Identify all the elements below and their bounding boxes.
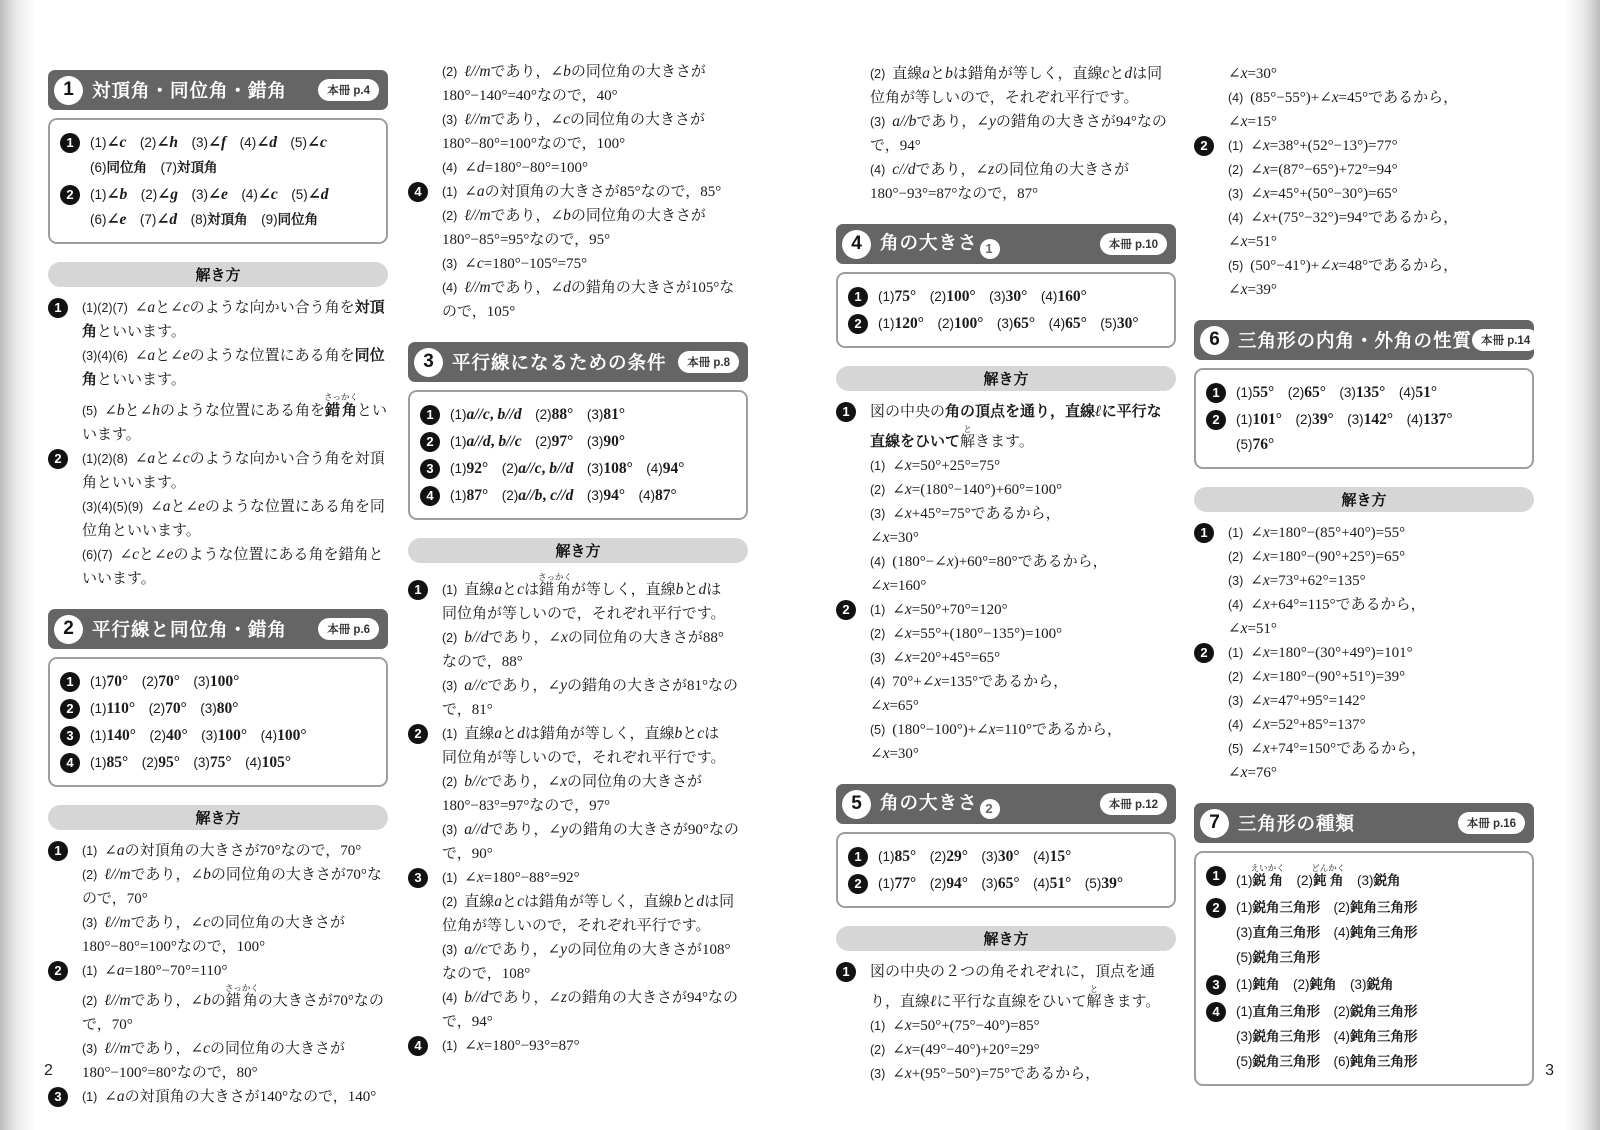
answer-text: (1)140° (2)40° (3)100° (4)100° bbox=[90, 723, 307, 748]
answer-value: 100° bbox=[210, 673, 239, 690]
section-title: 三角形の内角・外角の性質 bbox=[1238, 327, 1472, 353]
part-number: (3) bbox=[870, 651, 885, 665]
problem-number-circle: 3 bbox=[60, 726, 80, 746]
title-number-badge: 2 bbox=[980, 799, 1000, 819]
solution-text: ∠x=50°+(75°−40°)=85° bbox=[892, 1018, 1039, 1034]
answer-value: 88° bbox=[552, 406, 574, 423]
math-variable: c bbox=[697, 725, 704, 742]
math-variable: z bbox=[561, 989, 567, 1006]
answer-value: 110° bbox=[107, 700, 136, 717]
solving-method-label: 解き方 bbox=[408, 538, 748, 563]
solution-item: (3)a//cであり，∠yの同位角の大きさが108° なので，108° bbox=[408, 938, 748, 986]
answer-value: 87° bbox=[467, 487, 489, 504]
marker-slot: 1 bbox=[1194, 521, 1228, 545]
math-variable: b//c bbox=[464, 773, 487, 790]
solution-item: 1(1)直線aとcは錯角さっかくが等しく，直線bとdは 同位角が等しいので，それ… bbox=[408, 572, 748, 626]
marker-slot: 2 bbox=[48, 959, 82, 983]
part-number: (1) bbox=[442, 185, 457, 199]
answer-value: 97° bbox=[552, 433, 574, 450]
solving-method-label: 解き方 bbox=[1194, 487, 1534, 512]
answer-box: 1(1)75° (2)100° (3)30° (4)160°2(1)120° (… bbox=[836, 272, 1176, 348]
solution-text: a//bであり，∠yの錯角の大きさが94°なので，94° bbox=[870, 114, 1167, 154]
answer-value: 137° bbox=[1423, 411, 1452, 428]
problem-number-circle: 2 bbox=[1194, 136, 1214, 156]
solution-item: 2(1)∠x=180°−(30°+49°)=101° bbox=[1194, 641, 1534, 665]
emphasis-text: 鋭角三角形 bbox=[1350, 1004, 1418, 1019]
solution-item: 1図の中央の２つの角それぞれに，頂点を通り，直線ℓに平行な直線をひいて解ときます… bbox=[836, 960, 1176, 1014]
page-number-left: 2 bbox=[44, 1062, 53, 1080]
answer-value: a//c, b//d bbox=[467, 406, 522, 423]
solution-text: ∠x=(87°−65°)+72°=94° bbox=[1250, 162, 1397, 178]
part-number: (3) bbox=[442, 943, 457, 957]
answer-text: (1)77° (2)94° (3)65° (4)51° (5)39° bbox=[878, 871, 1123, 896]
answer-row: 2(1)110° (2)70° (3)80° bbox=[60, 696, 378, 721]
solution-text: 直線aとcは錯角が等しく，直線bとdは同 位角が等しいので，それぞれ平行です。 bbox=[442, 894, 734, 934]
math-variable: a bbox=[147, 299, 155, 316]
section-header: 1対頂角・同位角・錯角本冊 p.4 bbox=[48, 70, 388, 110]
solution-item: (2)直線aとcは錯角が等しく，直線bとdは同 位角が等しいので，それぞれ平行で… bbox=[408, 890, 748, 938]
solution-text: 70°+∠x=135°であるから， ∠x=65° bbox=[870, 674, 1068, 714]
solution-item: (5)∠x+74°=150°であるから， ∠x=76° bbox=[1194, 737, 1534, 785]
answer-value: 105° bbox=[262, 754, 291, 771]
problem-number-circle: 1 bbox=[48, 841, 68, 861]
problem-number-circle: 2 bbox=[48, 961, 68, 981]
solution-text: ∠x=(49°−40°)+20°=29° bbox=[892, 1042, 1039, 1058]
emphasis-text: 鋭角三角形 bbox=[1253, 1029, 1321, 1044]
math-variable: x bbox=[905, 457, 912, 474]
solution-text: ∠x=180°−(90°+51°)=39° bbox=[1250, 669, 1405, 685]
marker-slot: 2 bbox=[836, 598, 870, 622]
section-number-circle: 1 bbox=[54, 76, 83, 105]
answer-value: 95° bbox=[158, 754, 180, 771]
answer-value: 39° bbox=[1312, 411, 1334, 428]
math-variable: x bbox=[477, 1037, 484, 1054]
problem-number-circle: 1 bbox=[836, 962, 856, 982]
math-variable: d bbox=[477, 159, 485, 176]
page-edge-left bbox=[0, 0, 36, 1130]
problem-number-circle: 1 bbox=[1206, 383, 1226, 403]
solution-text: ℓ//mであり，∠bの同位角の大きさが 180°−85°=95°なので，95° bbox=[442, 208, 706, 248]
solution-text: 図の中央の角の頂点を通り，直線ℓに平行な直線をひいて解ときます。 bbox=[870, 404, 1162, 450]
emphasis-text: 鋭角三角形 bbox=[1253, 1054, 1321, 1069]
part-number: (5) bbox=[82, 404, 97, 418]
answer-row: 3(1)鈍角 (2)鈍角 (3)鋭角 bbox=[1206, 972, 1524, 997]
part-number: (1) bbox=[1228, 526, 1243, 540]
solution-item: (3)ℓ//mであり，∠cの同位角の大きさが 180°−80°=100°なので，… bbox=[48, 911, 388, 959]
math-variable: ℓ//m bbox=[104, 1040, 130, 1057]
part-number: (1) bbox=[870, 603, 885, 617]
answer-text: (1)92° (2)a//c, b//d (3)108° (4)94° bbox=[450, 456, 684, 481]
section-title: 対頂角・同位角・錯角 bbox=[92, 77, 318, 103]
answer-box: 1(1)70° (2)70° (3)100°2(1)110° (2)70° (3… bbox=[48, 657, 388, 787]
problem-number-circle: 4 bbox=[408, 182, 428, 202]
answer-box: 1(1)∠c (2)∠h (3)∠f (4)∠d (5)∠c (6)同位角 (7… bbox=[48, 118, 388, 244]
part-number: (2) bbox=[442, 775, 457, 789]
solution-item: (2)ℓ//mであり，∠bの同位角の大きさが 180°−85°=95°なので，9… bbox=[408, 204, 748, 252]
solution-text: ∠x=50°+70°=120° bbox=[892, 602, 1007, 618]
part-number: (1) bbox=[82, 964, 97, 978]
math-variable: x bbox=[560, 773, 567, 790]
solution-item: (5)∠bと∠hのような位置にある角を錯角さっかくといいます。 bbox=[48, 392, 388, 447]
emphasis-text: 鈍角 bbox=[1253, 977, 1280, 992]
math-variable: x bbox=[561, 629, 568, 646]
part-number: (5) bbox=[1228, 259, 1243, 273]
solution-text: b//cであり，∠xの同位角の大きさが 180°−83°=97°なので，97° bbox=[442, 774, 702, 814]
part-number: (5) bbox=[870, 723, 885, 737]
answer-value: 65° bbox=[1304, 384, 1326, 401]
solution-text: ∠a=180°−70°=110° bbox=[104, 963, 227, 979]
answer-value: 65° bbox=[998, 875, 1020, 892]
column-2: (2)ℓ//mであり，∠bの同位角の大きさが 180°−140°=40°なので，… bbox=[408, 60, 748, 1058]
solution-text: a//cであり，∠yの同位角の大きさが108° なので，108° bbox=[442, 942, 731, 982]
marker-slot: 2 bbox=[408, 722, 442, 746]
solution-text: a//cであり，∠yの錯角の大きさが81°なので，81° bbox=[442, 678, 738, 718]
answer-box: 1(1)85° (2)29° (3)30° (4)15°2(1)77° (2)9… bbox=[836, 832, 1176, 908]
solution-item: (4)c//dであり，∠zの同位角の大きさが 180°−93°=87°なので，8… bbox=[836, 158, 1176, 206]
solution-text: ℓ//mであり，∠cの同位角の大きさが 180°−100°=80°なので，80° bbox=[82, 1041, 345, 1081]
ruby-annotated-word: 解と bbox=[960, 434, 975, 450]
math-variable: x bbox=[905, 481, 912, 498]
math-variable: d bbox=[321, 186, 329, 203]
problem-number-circle: 1 bbox=[420, 405, 440, 425]
solving-method-label: 解き方 bbox=[48, 262, 388, 287]
solution-item: (3)ℓ//mであり，∠cの同位角の大きさが 180°−80°=100°なので，… bbox=[408, 108, 748, 156]
section-header: 2平行線と同位角・錯角本冊 p.6 bbox=[48, 609, 388, 649]
answer-text: (1)70° (2)70° (3)100° bbox=[90, 669, 239, 694]
part-number: (3) bbox=[82, 916, 97, 930]
math-variable: x bbox=[1241, 113, 1248, 130]
math-variable: x bbox=[947, 553, 954, 570]
solution-item: 1(1)∠x=180°−(85°+40°)=55° bbox=[1194, 521, 1534, 545]
answer-value: ∠b bbox=[107, 186, 128, 203]
answer-text: (1)55° (2)65° (3)135° (4)51° bbox=[1236, 380, 1437, 405]
part-number: (3) bbox=[442, 113, 457, 127]
answer-value: ∠c bbox=[307, 134, 327, 151]
part-number: (4) bbox=[870, 163, 885, 177]
answer-value: ∠d bbox=[308, 186, 329, 203]
marker-slot: 1 bbox=[408, 578, 442, 602]
part-number: (3) bbox=[1228, 694, 1243, 708]
answer-value: a//b, c//d bbox=[518, 487, 573, 504]
solution-text: ℓ//mであり，∠dの錯角の大きさが105°なので，105° bbox=[442, 280, 734, 320]
part-number: (2) bbox=[870, 483, 885, 497]
math-variable: ℓ//m bbox=[104, 914, 130, 931]
answer-row: 1(1)70° (2)70° (3)100° bbox=[60, 669, 378, 694]
answer-value: ∠e bbox=[208, 186, 228, 203]
math-variable: a bbox=[163, 498, 171, 515]
emphasis-text: 同位角 bbox=[107, 160, 148, 175]
solution-text: ∠x=180°−(30°+49°)=101° bbox=[1250, 645, 1412, 661]
math-variable: d bbox=[698, 581, 706, 598]
answer-text: (1)a//c, b//d (2)88° (3)81° bbox=[450, 402, 625, 427]
math-variable: x bbox=[1263, 596, 1270, 613]
math-variable: y bbox=[560, 941, 567, 958]
part-number: (2) bbox=[1228, 163, 1243, 177]
solution-list: (2)直線aとbは錯角が等しく，直線cとdは同 位角が等しいので，それぞれ平行で… bbox=[836, 62, 1176, 206]
math-variable: x bbox=[883, 577, 890, 594]
problem-number-circle: 2 bbox=[1194, 643, 1214, 663]
problem-number-circle: 2 bbox=[848, 874, 868, 894]
book-reference-badge: 本冊 p.10 bbox=[1100, 233, 1167, 255]
solution-text: ∠x=45°+(50°−30°)=65° bbox=[1250, 186, 1397, 202]
math-variable: x bbox=[1241, 620, 1248, 637]
answer-value: 135° bbox=[1356, 384, 1385, 401]
solution-item: (3)a//bであり，∠yの錯角の大きさが94°なので，94° bbox=[836, 110, 1176, 158]
problem-number-circle: 1 bbox=[848, 847, 868, 867]
math-variable: ℓ//m bbox=[464, 63, 490, 80]
solution-text: ∠x+74°=150°であるから， ∠x=76° bbox=[1228, 741, 1426, 781]
solution-text: ∠x+(95°−50°)=75°であるから， bbox=[892, 1066, 1100, 1082]
part-number: (4) bbox=[1228, 718, 1243, 732]
math-variable: x bbox=[1263, 740, 1270, 757]
math-variable: x bbox=[1263, 137, 1270, 154]
solution-text: (50°−41°)+∠x=48°であるから， ∠x=39° bbox=[1228, 258, 1458, 298]
problem-number-circle: 3 bbox=[48, 1087, 68, 1107]
math-variable: x bbox=[1241, 65, 1248, 82]
math-variable: d bbox=[517, 725, 525, 742]
answer-row: 3(1)140° (2)40° (3)100° (4)100° bbox=[60, 723, 378, 748]
math-variable: x bbox=[883, 529, 890, 546]
solution-text: ∠x=47°+95°=142° bbox=[1250, 693, 1365, 709]
emphasis-text: 鈍角どんかく bbox=[1313, 873, 1344, 888]
solution-text: ∠x+64°=115°であるから， ∠x=51° bbox=[1228, 597, 1426, 637]
problem-number-circle: 1 bbox=[60, 133, 80, 153]
answer-row: 1(1)85° (2)29° (3)30° (4)15° bbox=[848, 844, 1166, 869]
math-variable: ℓ//m bbox=[464, 111, 490, 128]
part-number: (2) bbox=[442, 631, 457, 645]
solution-list: 1(1)∠x=180°−(85°+40°)=55°(2)∠x=180°−(90°… bbox=[1194, 521, 1534, 785]
title-number-badge: 1 bbox=[980, 239, 1000, 259]
answer-value: 70° bbox=[165, 700, 187, 717]
math-variable: ℓ//m bbox=[104, 992, 130, 1009]
answer-value: 100° bbox=[946, 288, 975, 305]
emphasis-text: 直角三角形 bbox=[1253, 925, 1321, 940]
part-number: (3) bbox=[82, 1042, 97, 1056]
section-title: 角の大きさ2 bbox=[880, 789, 1100, 819]
solution-item: (4)∠x+(75°−32°)=94°であるから， ∠x=51° bbox=[1194, 206, 1534, 254]
math-variable: x bbox=[883, 697, 890, 714]
part-number: (4) bbox=[442, 161, 457, 175]
emphasis-text: 角の頂点を通り，直線ℓに平行な直線をひいて bbox=[870, 403, 1162, 450]
answer-value: ∠g bbox=[157, 186, 178, 203]
solution-item: (4)ℓ//mであり，∠dの錯角の大きさが105°なので，105° bbox=[408, 276, 748, 324]
answer-row: 4(1)85° (2)95° (3)75° (4)105° bbox=[60, 750, 378, 775]
part-number: (2) bbox=[1228, 550, 1243, 564]
problem-number-circle: 2 bbox=[848, 314, 868, 334]
solution-list: ∠x=30°(4)(85°−55°)+∠x=45°であるから， ∠x=15°2(… bbox=[1194, 62, 1534, 302]
solution-item: 2(1)∠x=38°+(52°−13°)=77° bbox=[1194, 134, 1534, 158]
answer-value: 92° bbox=[467, 460, 489, 477]
ruby-annotated-word: 解と bbox=[1087, 994, 1102, 1010]
column-1: 1対頂角・同位角・錯角本冊 p.41(1)∠c (2)∠h (3)∠f (4)∠… bbox=[48, 70, 388, 1109]
solution-item: (3)∠x=73°+62°=135° bbox=[1194, 569, 1534, 593]
solution-text: ∠x=180°−(90°+25°)=65° bbox=[1250, 549, 1405, 565]
math-variable: a bbox=[147, 450, 155, 467]
math-variable: a//d bbox=[467, 433, 491, 450]
answer-value: 15° bbox=[1050, 848, 1072, 865]
math-variable: a bbox=[922, 65, 930, 82]
math-variable: c bbox=[477, 255, 484, 272]
solution-list: (2)ℓ//mであり，∠bの同位角の大きさが 180°−140°=40°なので，… bbox=[408, 60, 748, 324]
answer-value: 76° bbox=[1253, 436, 1275, 453]
solution-item: (2)∠x=(180°−140°)+60°=100° bbox=[836, 478, 1176, 502]
solution-text: ∠x+45°=75°であるから， ∠x=30° bbox=[870, 506, 1061, 546]
book-reference-badge: 本冊 p.4 bbox=[318, 79, 379, 101]
emphasis-text: 鈍角三角形 bbox=[1350, 925, 1418, 940]
part-number: (3) bbox=[870, 115, 885, 129]
ruby-annotated-word: 鋭角えいかく bbox=[1253, 873, 1284, 888]
part-number: (5) bbox=[1228, 742, 1243, 756]
solution-item: 4(1)∠aの対頂角の大きさが85°なので，85° bbox=[408, 180, 748, 204]
math-variable: a//b bbox=[892, 113, 916, 130]
answer-row: 3(1)92° (2)a//c, b//d (3)108° (4)94° bbox=[420, 456, 738, 481]
solution-item: ∠x=30° bbox=[1194, 62, 1534, 86]
solution-item: (2)ℓ//mであり，∠bの同位角の大きさが 180°−140°=40°なので，… bbox=[408, 60, 748, 108]
part-number: (1) bbox=[442, 871, 457, 885]
emphasis-text: 鈍角 bbox=[1310, 977, 1337, 992]
emphasis-text: 鋭角 bbox=[1374, 873, 1401, 888]
math-variable: b bbox=[676, 581, 684, 598]
solution-item: (3)(4)(5)(9)∠aと∠eのような位置にある角を同位角といいます。 bbox=[48, 495, 388, 543]
column-4: ∠x=30°(4)(85°−55°)+∠x=45°であるから， ∠x=15°2(… bbox=[1194, 62, 1534, 1086]
answer-value: 51° bbox=[1415, 384, 1437, 401]
solution-text: 直線aとdは錯角が等しく，直線bとcは 同位角が等しいので，それぞれ平行です。 bbox=[442, 726, 726, 766]
answer-text: (1)75° (2)100° (3)30° (4)160° bbox=[878, 284, 1087, 309]
answer-box: 1(1)鋭角えいかく (2)鈍角どんかく (3)鋭角2(1)鋭角三角形 (2)鈍… bbox=[1194, 851, 1534, 1086]
answer-row: 1(1)75° (2)100° (3)30° (4)160° bbox=[848, 284, 1166, 309]
solution-item: (1)∠x=50°+25°=75° bbox=[836, 454, 1176, 478]
part-number: (4) bbox=[870, 555, 885, 569]
math-variable: x bbox=[905, 625, 912, 642]
solution-item: (2)∠x=(87°−65°)+72°=94° bbox=[1194, 158, 1534, 182]
problem-number-circle: 2 bbox=[1206, 898, 1226, 918]
book-reference-badge: 本冊 p.14 bbox=[1472, 329, 1539, 351]
answer-value: 90° bbox=[603, 433, 625, 450]
solution-text: ∠x=180°−93°=87° bbox=[464, 1038, 579, 1054]
answer-value: 85° bbox=[107, 754, 129, 771]
solution-item: (2)∠x=180°−(90°+25°)=65° bbox=[1194, 545, 1534, 569]
math-variable: x bbox=[905, 505, 912, 522]
marker-slot: 1 bbox=[48, 839, 82, 863]
problem-number-circle: 3 bbox=[1206, 975, 1226, 995]
math-variable: x bbox=[905, 1041, 912, 1058]
part-number: (3) bbox=[442, 257, 457, 271]
solution-item: (4)∠x+64°=115°であるから， ∠x=51° bbox=[1194, 593, 1534, 641]
emphasis-text: 鈍角三角形 bbox=[1350, 1029, 1418, 1044]
part-number: (4) bbox=[442, 281, 457, 295]
emphasis-text: 鋭角三角形 bbox=[1253, 900, 1321, 915]
solution-text: ∠x=180°−(85°+40°)=55° bbox=[1250, 525, 1405, 541]
solution-item: 1(1)∠aの対頂角の大きさが70°なので，70° bbox=[48, 839, 388, 863]
math-variable: z bbox=[988, 161, 994, 178]
math-variable: b bbox=[674, 893, 682, 910]
problem-number-circle: 2 bbox=[420, 432, 440, 452]
marker-slot: 2 bbox=[48, 447, 82, 471]
math-variable: e bbox=[167, 546, 174, 563]
answer-text: (1)∠b (2)∠g (3)∠e (4)∠c (5)∠d (6)∠e (7)∠… bbox=[90, 182, 329, 232]
solution-item: (3)(4)(6)∠aと∠eのような位置にある角を同位角といいます。 bbox=[48, 344, 388, 392]
solving-method-label: 解き方 bbox=[48, 805, 388, 830]
emphasis-text: 直角三角形 bbox=[1253, 1004, 1321, 1019]
math-variable: ℓ//m bbox=[104, 866, 130, 883]
solution-text: ℓ//mであり，∠bの同位角の大きさが 180°−140°=40°なので，40° bbox=[442, 64, 706, 104]
answer-value: a//d, b//c bbox=[467, 433, 522, 450]
solution-text: 直線aとbは錯角が等しく，直線cとdは同 位角が等しいので，それぞれ平行です。 bbox=[870, 66, 1162, 106]
answer-text: (1)鈍角 (2)鈍角 (3)鋭角 bbox=[1236, 972, 1394, 997]
solution-text: ∠x=52°+85°=137° bbox=[1250, 717, 1365, 733]
math-variable: a bbox=[117, 962, 125, 979]
part-number: (4) bbox=[1228, 91, 1243, 105]
section-number-circle: 5 bbox=[842, 790, 871, 819]
answer-value: a//c, b//d bbox=[518, 460, 573, 477]
math-variable: x bbox=[477, 869, 484, 886]
answer-text: (1)120° (2)100° (3)65° (4)65° (5)30° bbox=[878, 311, 1139, 336]
solution-text: ∠aの対頂角の大きさが70°なので，70° bbox=[104, 843, 361, 859]
solution-text: c//dであり，∠zの同位角の大きさが 180°−93°=87°なので，87° bbox=[870, 162, 1129, 202]
emphasis-text: 錯角さっかく bbox=[325, 402, 357, 419]
answer-value: 30° bbox=[1006, 288, 1028, 305]
answer-value: 142° bbox=[1364, 411, 1393, 428]
answer-row: 1(1)∠c (2)∠h (3)∠f (4)∠d (5)∠c (6)同位角 (7… bbox=[60, 130, 378, 180]
math-variable: x bbox=[905, 601, 912, 618]
marker-slot: 1 bbox=[836, 960, 870, 984]
solution-text: ∠cと∠eのような位置にある角を錯角といいます。 bbox=[82, 547, 384, 587]
math-variable: c bbox=[203, 914, 210, 931]
answer-text: (1)85° (2)29° (3)30° (4)15° bbox=[878, 844, 1071, 869]
problem-number-circle: 4 bbox=[60, 753, 80, 773]
answer-value: 81° bbox=[603, 406, 625, 423]
answer-row: 2(1)77° (2)94° (3)65° (4)51° (5)39° bbox=[848, 871, 1166, 896]
answer-value: 39° bbox=[1101, 875, 1123, 892]
math-variable: c bbox=[517, 581, 524, 598]
math-variable: d bbox=[269, 134, 277, 151]
part-number: (3) bbox=[442, 679, 457, 693]
solution-item: (5)(50°−41°)+∠x=48°であるから， ∠x=39° bbox=[1194, 254, 1534, 302]
solution-text: ∠x=20°+45°=65° bbox=[892, 650, 1000, 666]
solution-text: a//dであり，∠yの錯角の大きさが90°なので，90° bbox=[442, 822, 739, 862]
solving-method-label: 解き方 bbox=[836, 926, 1176, 951]
math-variable: b bbox=[117, 402, 125, 419]
answer-text: (1)a//d, b//c (2)97° (3)90° bbox=[450, 429, 625, 454]
problem-number-circle: 1 bbox=[1206, 866, 1226, 886]
math-variable: a//c bbox=[464, 677, 487, 694]
problem-number-circle: 3 bbox=[408, 868, 428, 888]
answer-row: 2(1)101° (2)39° (3)142° (4)137° (5)76° bbox=[1206, 407, 1524, 457]
math-variable: c bbox=[183, 450, 190, 467]
section-number-circle: 4 bbox=[842, 230, 871, 259]
problem-number-circle: 2 bbox=[60, 699, 80, 719]
math-variable: x bbox=[1263, 209, 1270, 226]
solution-item: 2(1)(2)(8)∠aと∠cのような向かい合う角を対頂角といいます。 bbox=[48, 447, 388, 495]
answer-value: 75° bbox=[895, 288, 917, 305]
math-variable: c bbox=[132, 546, 139, 563]
math-variable: x bbox=[989, 721, 996, 738]
answer-value: 94° bbox=[663, 460, 685, 477]
solving-method-label: 解き方 bbox=[836, 366, 1176, 391]
answer-row: 2(1)∠b (2)∠g (3)∠e (4)∠c (5)∠d (6)∠e (7)… bbox=[60, 182, 378, 232]
answer-text: (1)101° (2)39° (3)142° (4)137° (5)76° bbox=[1236, 407, 1453, 457]
solution-text: ∠aの対頂角の大きさが85°なので，85° bbox=[464, 184, 721, 200]
part-number: (4) bbox=[870, 675, 885, 689]
math-variable: ℓ bbox=[930, 993, 936, 1010]
part-number: (2) bbox=[442, 209, 457, 223]
math-variable: c bbox=[120, 134, 127, 151]
math-variable: a bbox=[494, 581, 502, 598]
math-variable: g bbox=[170, 186, 178, 203]
ruby-annotated-word: 錯角さっかく bbox=[539, 582, 571, 598]
solution-list: 1(1)∠aの対頂角の大きさが70°なので，70°(2)ℓ//mであり，∠bの同… bbox=[48, 839, 388, 1109]
marker-slot: 3 bbox=[48, 1085, 82, 1109]
